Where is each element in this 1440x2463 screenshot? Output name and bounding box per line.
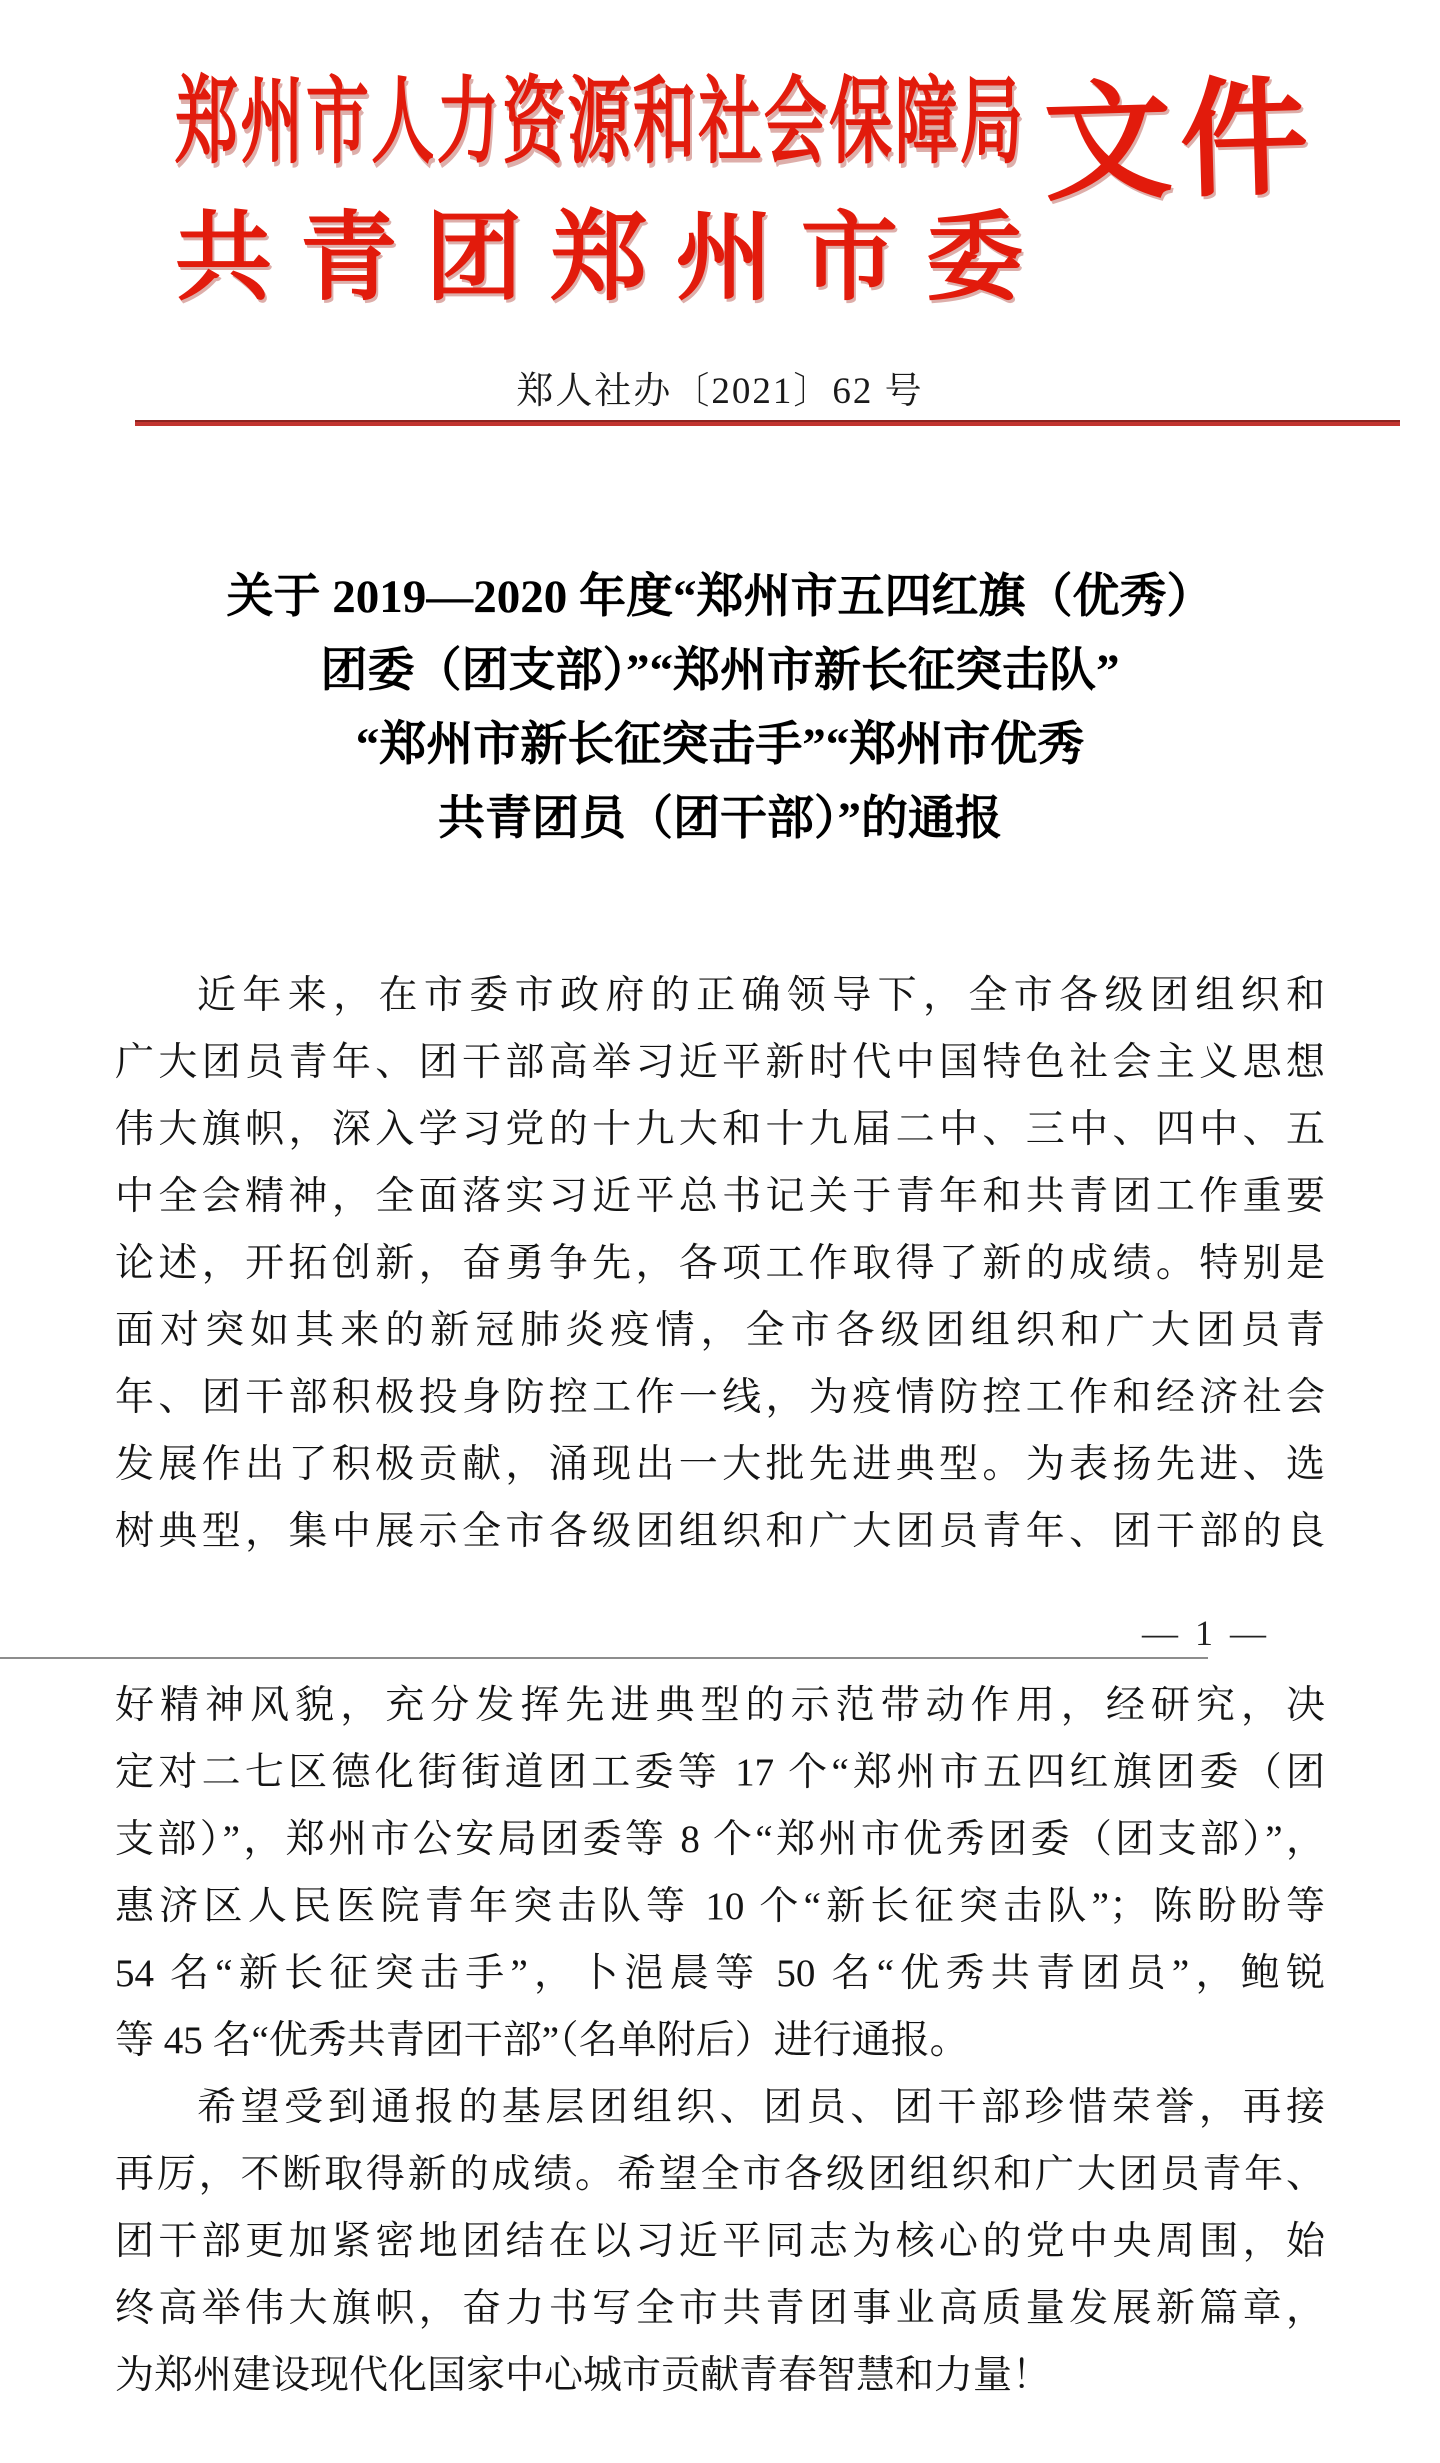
letterhead: 郑州市人力资源和社会保障局 共青团郑州市委 [175,52,1023,315]
body-line: 再厉，不断取得新的成绩。希望全市各级团组织和广大团员青年、 [115,2141,1325,2208]
body-line: 等 45 名“优秀共青团干部”（名单附后）进行通报。 [115,2007,1325,2074]
body-line: 近年来，在市委市政府的正确领导下，全市各级团组织和 [115,962,1325,1029]
page-number: — 1 — [1142,1612,1270,1654]
body-line: 发展作出了积极贡献，涌现出一大批先进典型。为表扬先进、选 [115,1431,1325,1498]
body-line: 论述，开拓创新，奋勇争先，各项工作取得了新的成绩。特别是 [115,1230,1325,1297]
body-line: 终高举伟大旗帜，奋力书写全市共青团事业高质量发展新篇章， [115,2275,1325,2342]
body-line: 支部）”，郑州市公安局团委等 8 个“郑州市优秀团委（团支部）”， [115,1806,1325,1873]
body-line: 面对突如其来的新冠肺炎疫情，全市各级团组织和广大团员青 [115,1297,1325,1364]
document-title-line-2: 团委（团支部）”“郑州市新长征突击队” [115,634,1325,708]
body-line: 广大团员青年、团干部高举习近平新时代中国特色社会主义思想 [115,1029,1325,1096]
body-line: 树典型，集中展示全市各级团组织和广大团员青年、团干部的良 [115,1498,1325,1565]
document-number: 郑人社办〔2021〕62 号 [0,360,1440,414]
letterhead-org-line2: 共青团郑州市委 [175,203,1023,315]
body-line: 为郑州建设现代化国家中心城市贡献青春智慧和力量！ [115,2342,1325,2409]
page2-body: 好精神风貌，充分发挥先进典型的示范带动作用，经研究，决 定对二七区德化街街道团工… [115,1672,1325,2409]
document-title-line-1: 关于 2019—2020 年度“郑州市五四红旗（优秀） [115,560,1325,634]
body-line: 伟大旗帜，深入学习党的十九大和十九届二中、三中、四中、五 [115,1096,1325,1163]
body-line: 团干部更加紧密地团结在以习近平同志为核心的党中央周围，始 [115,2208,1325,2275]
page1-body: 近年来，在市委市政府的正确领导下，全市各级团组织和 广大团员青年、团干部高举习近… [115,962,1325,1565]
body-line: 中全会精神，全面落实习近平总书记关于青年和共青团工作重要 [115,1163,1325,1230]
body-line: 希望受到通报的基层团组织、团员、团干部珍惜荣誉，再接 [115,2074,1325,2141]
page-divider-line [0,1657,1208,1659]
document-title-line-3: “郑州市新长征突击手”“郑州市优秀 [115,708,1325,782]
document-title-line-4: 共青团员（团干部）”的通报 [115,782,1325,856]
body-line: 惠济区人民医院青年突击队等 10 个“新长征突击队”；陈盼盼等 [115,1873,1325,1940]
body-line: 54 名“新长征突击手”，卜浥晨等 50 名“优秀共青团员”，鲍锐 [115,1940,1325,2007]
body-line: 好精神风貌，充分发挥先进典型的示范带动作用，经研究，决 [115,1672,1325,1739]
body-line: 定对二七区德化街街道团工委等 17 个“郑州市五四红旗团委（团 [115,1739,1325,1806]
letterhead-org-line1: 郑州市人力资源和社会保障局 [175,52,1023,195]
document-title: 关于 2019—2020 年度“郑州市五四红旗（优秀） 团委（团支部）”“郑州市… [115,560,1325,856]
body-line: 年、团干部积极投身防控工作一线，为疫情防控工作和经济社会 [115,1364,1325,1431]
letterhead-doc-type-label: 文件 [1042,74,1317,209]
red-separator-rule [135,420,1400,426]
